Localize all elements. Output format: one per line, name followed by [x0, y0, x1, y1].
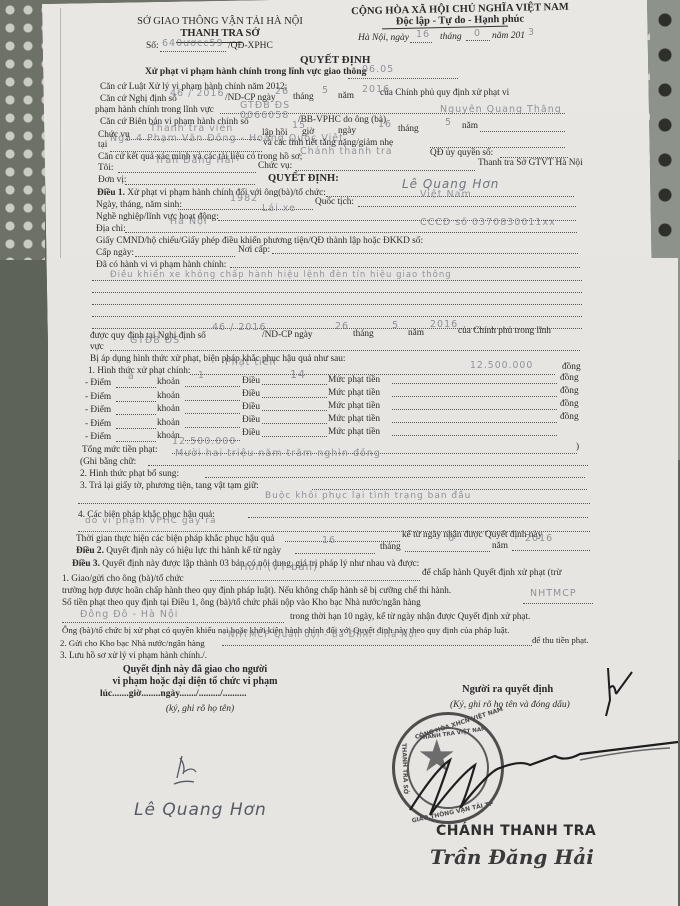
issue-date-dots	[135, 256, 235, 257]
basis-year-dots	[480, 131, 565, 132]
penalty-point-label: - Điểm	[85, 392, 111, 403]
penalty-fine-dots	[392, 422, 557, 423]
penalty-point-label: - Điểm	[85, 378, 111, 389]
supplementary-penalty-dots	[205, 477, 585, 478]
issuer-sign-note: (Ký, ghi rõ họ tên và đóng dấu)	[450, 700, 570, 711]
penalty-article-label: Điều	[242, 402, 260, 413]
article2-month-dots	[405, 551, 490, 552]
regulated-day: 26	[335, 321, 349, 332]
signer-name: Trần Đăng Hải	[430, 845, 594, 869]
decision-number-suffix: /QĐ-XPHC	[228, 41, 273, 52]
article2-year-label: năm	[492, 541, 508, 552]
return-items-label: 3. Trả lại giấy tờ, phương tiện, tang vậ…	[80, 481, 259, 492]
regulated-year: 2016	[430, 319, 458, 330]
penalty-article-label: Điều	[242, 428, 260, 439]
article3-bank-value: NHTMCP	[530, 588, 577, 599]
article2-year-value: 2016	[525, 533, 553, 544]
penalty-article-label: Điều	[242, 415, 260, 426]
date-month-value: 0	[474, 28, 481, 39]
basis-month-label: tháng	[398, 124, 419, 135]
issue-place-dots	[272, 253, 578, 254]
document-title: QUYẾT ĐỊNH	[300, 54, 370, 67]
delivery-time-line: lúc.......giờ........ngày......./.......…	[100, 689, 246, 700]
penalty-fine-dots	[392, 409, 557, 410]
basis-field-label: phạm hành chính trong lĩnh vực	[95, 105, 214, 116]
date-year-value: 3	[528, 27, 535, 38]
penalty-fine-dots	[392, 396, 557, 397]
date-month-label: tháng	[440, 32, 462, 43]
basis-decree-number: 46 / 2016	[170, 88, 225, 99]
fine-in-words-label: (Ghi bằng chữ:	[80, 457, 136, 468]
penalty-point-dots	[116, 428, 156, 429]
basis-issuer-position-label: Chức vụ:	[258, 161, 292, 172]
penalty-clause-value: 1	[198, 370, 205, 381]
remedial-dots	[248, 517, 588, 518]
article3-item2-dots	[222, 645, 532, 646]
penalty-fine-label: Mức phạt tiền	[328, 401, 380, 412]
remedial-time-label: Thời gian thực hiện các biện pháp khắc p…	[76, 534, 274, 545]
article3-deadline: trong thời hạn 10 ngày, kể từ ngày nhận …	[290, 611, 530, 622]
remedial-value: Buộc khôi phục lại tình trạng ban đầu	[265, 491, 471, 502]
main-penalty-value: Phạt tiền	[225, 357, 277, 368]
basis-decree-suffix: của Chính phủ quy định xử phạt vi	[380, 88, 509, 99]
article3-item2-purpose: để thu tiền phạt.	[532, 635, 589, 646]
penalty-article-dots	[262, 397, 327, 398]
regulated-month: 5	[392, 320, 399, 331]
article3-branch-dots	[62, 622, 284, 623]
id-document-value: CCCD số 0370830011xx	[420, 217, 556, 228]
penalty-clause-dots	[185, 400, 240, 401]
date-prefix: Hà Nội, ngày	[358, 33, 409, 44]
subtitle-dots	[348, 78, 458, 79]
penalty-clause-label: khoản	[157, 391, 180, 402]
signer-position: CHÁNH THANH TRA	[436, 823, 596, 840]
penalty-currency: đồng	[560, 412, 579, 423]
issue-place-label: Nơi cấp:	[238, 245, 270, 256]
return-items-dots	[312, 489, 587, 490]
penalty-article-value: 14	[290, 368, 306, 381]
issue-date-label: Cấp ngày:	[96, 248, 134, 259]
penalty-article-dots	[262, 410, 327, 411]
approval-initial-mark	[600, 660, 640, 720]
fine-in-words-dots	[148, 465, 588, 466]
remedial-time-suffix: kể từ ngày nhận được Quyết định này	[402, 530, 542, 541]
blank-line-2	[92, 292, 582, 293]
penalty-currency: đồng	[560, 399, 579, 410]
article3-item1-enforcement: trường hợp được hoãn chấp hành theo quy …	[62, 585, 451, 596]
violator-sign-note: (ký, ghi rõ họ tên)	[130, 704, 270, 715]
basis-day-value: 16	[378, 119, 392, 130]
supplementary-penalty-label: 2. Hình thức phạt bổ sung:	[80, 469, 179, 480]
main-currency: đồng	[562, 362, 581, 373]
delivery-note-line2: vi phạm hoặc đại diện tổ chức vi phạm	[90, 676, 300, 688]
penalty-article-label: Điều	[242, 376, 260, 387]
violator-signature	[168, 750, 208, 790]
article2-month-label: tháng	[380, 542, 401, 553]
basis-report-number: 0066058	[240, 110, 289, 121]
basis-report-officer-name: Nguyễn Quang Thắng	[440, 104, 562, 115]
basis-location-label: tại	[98, 140, 107, 151]
penalty-fine-label: Mức phạt tiền	[328, 388, 380, 399]
address-label: Địa chỉ:	[96, 224, 126, 235]
date-day-value: 16	[416, 29, 430, 40]
penalty-article-dots	[262, 423, 327, 424]
basis-decree-year-label: năm	[338, 91, 354, 102]
article2-label: Điều 2.	[76, 546, 104, 556]
penalty-point-dots	[116, 414, 156, 415]
basis-decree-day: 26	[275, 86, 289, 97]
penalty-fine-value: 12.500.000	[470, 360, 533, 371]
blank-line-4	[92, 316, 582, 317]
penalty-fine-label: Mức phạt tiền	[328, 375, 380, 386]
basis-decree-month-label: tháng	[293, 92, 314, 103]
decision-heading: QUYẾT ĐỊNH:	[268, 173, 339, 186]
article2-year-dots	[512, 550, 590, 551]
basis-year-label: năm	[462, 121, 478, 132]
article2-month-value: 6	[448, 533, 455, 544]
penalty-clause-dots	[185, 413, 240, 414]
address-value: Hà Nội	[170, 216, 208, 227]
penalty-currency: đồng	[560, 386, 579, 397]
violation-value: Điều khiển xe không chấp hành hiệu lệnh …	[110, 270, 452, 280]
violation-dots	[230, 267, 580, 268]
dob-value: 1982	[230, 193, 258, 204]
blank-line-3	[92, 304, 582, 305]
blank-line-1	[92, 280, 582, 281]
regulated-month-label: tháng	[353, 329, 374, 340]
article3-bank-dots	[523, 603, 593, 604]
penalty-currency: đồng	[560, 373, 579, 384]
article2-day-value: 16	[322, 535, 336, 546]
article1-intro: Điều 1. Xử phạt vi phạm hành chính đối v…	[97, 188, 326, 199]
article3-item1-dots	[210, 580, 420, 581]
total-fine-label: Tổng mức tiền phạt:	[82, 445, 158, 456]
dob-label: Ngày, tháng, năm sinh:	[96, 200, 182, 211]
regulated-suffix: của Chính phủ trong lĩnh	[458, 326, 551, 337]
penalty-clause-label: khoản	[157, 418, 180, 429]
article3-branch-value: Đông Đô - Hà Nội	[80, 609, 178, 620]
total-fine-close: )	[576, 442, 579, 453]
remedial-value-2: do vi phạm VPHC gây ra	[85, 516, 216, 527]
article3-item1-recipient: Hơn (VT bản)	[240, 562, 318, 574]
penalty-point-dots	[116, 441, 156, 442]
basis-issuer-dots	[118, 172, 256, 173]
article1-text: Xử phạt vi phạm hành chính đối với ông(b…	[127, 188, 326, 198]
address-dots	[125, 232, 577, 233]
article2-day-dots	[295, 553, 375, 554]
penalty-fine-dots	[392, 435, 557, 436]
penalty-point-dots	[116, 387, 156, 388]
article3-item1-payment: Số tiền phạt theo quy định tại Điều 1, ô…	[62, 597, 421, 608]
penalty-point-label: - Điểm	[85, 432, 111, 443]
document-subtitle: Xử phạt vi phạm hành chính trong lĩnh vự…	[145, 67, 366, 78]
basis-issuer-unit: Thanh tra Sở GTVT Hà Nội	[478, 158, 583, 169]
return-items-line-2	[78, 503, 590, 504]
basis-issuer-name: Trần Đăng Hải	[155, 155, 235, 166]
penalty-decision-document: SỞ GIAO THÔNG VẬN TẢI HÀ NỘI THANH TRA S…	[0, 0, 680, 906]
article3-item2-value: NHTMCP Quân đội - Ba Đình - Hà Nội	[228, 630, 418, 640]
violator-printed-name: Lê Quang Hơn	[134, 800, 267, 820]
penalty-article-label: Điều	[242, 389, 260, 400]
penalty-point-dots	[116, 401, 156, 402]
field-value: GTĐB ĐS	[130, 335, 180, 346]
article3-item2-label: 2. Gửi cho Kho bạc Nhà nước/ngân hàng	[60, 638, 205, 649]
total-fine-value: 12.500.000	[172, 436, 236, 447]
basis-issuer-label: Tôi:	[98, 163, 114, 174]
nationality-value: Việt Nam	[420, 189, 472, 200]
article1-label: Điều 1.	[97, 188, 125, 198]
delivery-note-line1: Quyết định này đã giao cho người	[100, 664, 290, 676]
penalty-fine-label: Mức phạt tiền	[328, 414, 380, 425]
penalty-fine-label: Mức phạt tiền	[328, 427, 380, 438]
date-day-dots	[410, 42, 432, 43]
article3-label: Điều 3.	[72, 559, 100, 569]
date-year-label: năm 201	[492, 31, 525, 42]
penalty-fine-dots	[392, 383, 557, 384]
basis-unit-label: Đơn vị:	[98, 175, 126, 186]
main-penalty-label: 1. Hình thức xử phạt chính:	[88, 366, 191, 377]
penalty-point-value: a	[128, 371, 135, 382]
occupation-value: Lái xe	[262, 203, 296, 214]
applied-measures-label: Bị áp dụng hình thức xử phạt, biện pháp …	[90, 354, 346, 365]
basis-unit-dots	[125, 184, 255, 185]
agency-name: SỞ GIAO THÔNG VẬN TẢI HÀ NỘI	[120, 16, 320, 29]
regulated-date-label: /ND-CP ngày	[262, 330, 313, 341]
penalty-article-dots	[262, 384, 327, 385]
subtitle-value: 06.05	[362, 64, 394, 75]
penalty-clause-dots	[185, 386, 240, 387]
article2-text: Điều 2. Quyết định này có hiệu lực thi h…	[76, 546, 281, 557]
field-dots	[110, 350, 580, 351]
nationality-dots	[358, 206, 576, 207]
article3-item1-label: 1. Giao/gửi cho ông (bà)/tổ chức	[62, 574, 184, 585]
basis-report-officer-label: /BB-VPHC do ông (bà)	[298, 115, 386, 126]
basis-month-value: 5	[445, 117, 452, 128]
basis-authority-value: Chánh thanh tra	[300, 146, 393, 157]
basis-issuer-position-dots	[295, 170, 475, 171]
regulated-year-label: năm	[408, 328, 424, 339]
date-month-dots	[466, 40, 490, 41]
article2-body: Quyết định này có hiệu lực thi hành kể t…	[106, 546, 281, 556]
penalty-clause-label: khoản	[157, 377, 180, 388]
regulated-decree-number: 46 / 2016	[212, 322, 267, 333]
decision-number-value: 640ươcc59	[162, 38, 224, 49]
fine-in-words-value: Mười hai triệu năm trăm nghìn đồng	[175, 448, 381, 459]
nationality-label: Quốc tịch:	[315, 197, 354, 208]
decision-number-label: Số:	[146, 41, 159, 52]
basis-decree-label: Căn cứ Nghị định số	[100, 94, 177, 105]
penalty-clause-dots	[185, 427, 240, 428]
decision-number-dots	[160, 51, 226, 52]
penalty-article-dots	[262, 436, 327, 437]
field-label: vực	[90, 342, 104, 353]
issuer-title: Người ra quyết định	[462, 684, 553, 697]
issuer-signature	[380, 720, 680, 830]
basis-decree-month: 5	[322, 85, 329, 96]
penalty-point-label: - Điểm	[85, 405, 111, 416]
penalty-point-label: - Điểm	[85, 419, 111, 430]
article3-item1-purpose: để chấp hành Quyết định xử phạt (trừ	[422, 568, 561, 579]
article3-item3: 3. Lưu hồ sơ xử lý vi phạm hành chính./.	[60, 650, 207, 661]
penalty-clause-label: khoản	[157, 404, 180, 415]
